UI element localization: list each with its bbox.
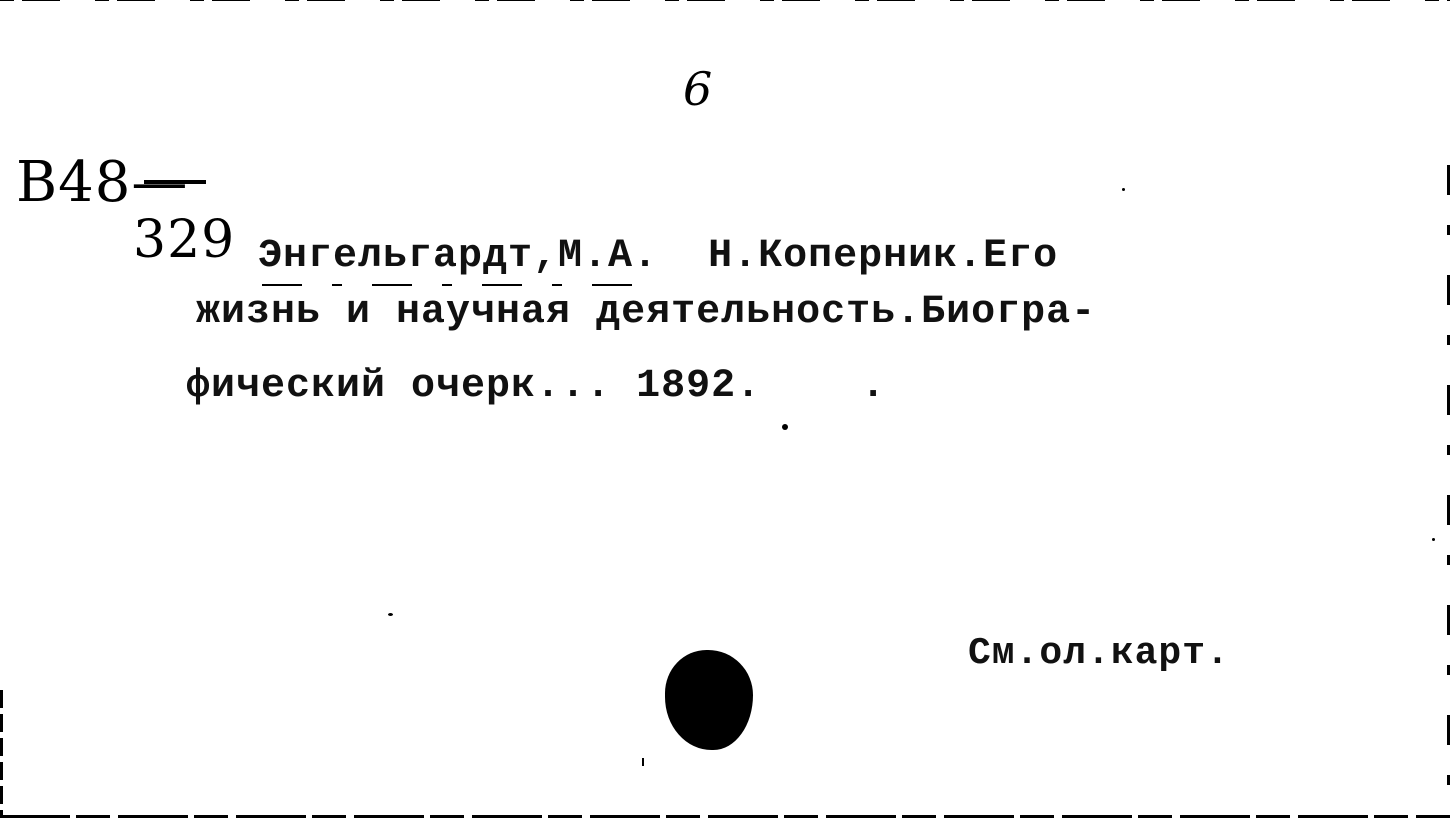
speck <box>1122 188 1125 191</box>
page-number: 6 <box>683 62 713 116</box>
speck <box>782 424 788 430</box>
catalog-card: 6 В48— 329 Энгельгардт,М.А. Н.Коперник.Е… <box>0 0 1450 818</box>
speck <box>1432 538 1435 541</box>
card-edge-left <box>0 690 3 818</box>
card-edge-top <box>0 0 1450 1</box>
speck <box>388 613 393 616</box>
call-number-line-1: В48— <box>16 150 188 215</box>
see-reference: См.ол.карт. <box>968 632 1230 675</box>
call-number-line-2: 329 <box>133 210 235 270</box>
author-underline <box>262 284 642 286</box>
entry-line-1: Энгельгардт,М.А. Н.Коперник.Его <box>258 234 1058 279</box>
rod-hole <box>665 650 753 750</box>
speck <box>642 758 644 766</box>
entry-line-2: жизнь и научная деятельность.Биогра- <box>196 290 1096 335</box>
entry-line-3: фический очерк... 1892. . <box>186 364 886 409</box>
